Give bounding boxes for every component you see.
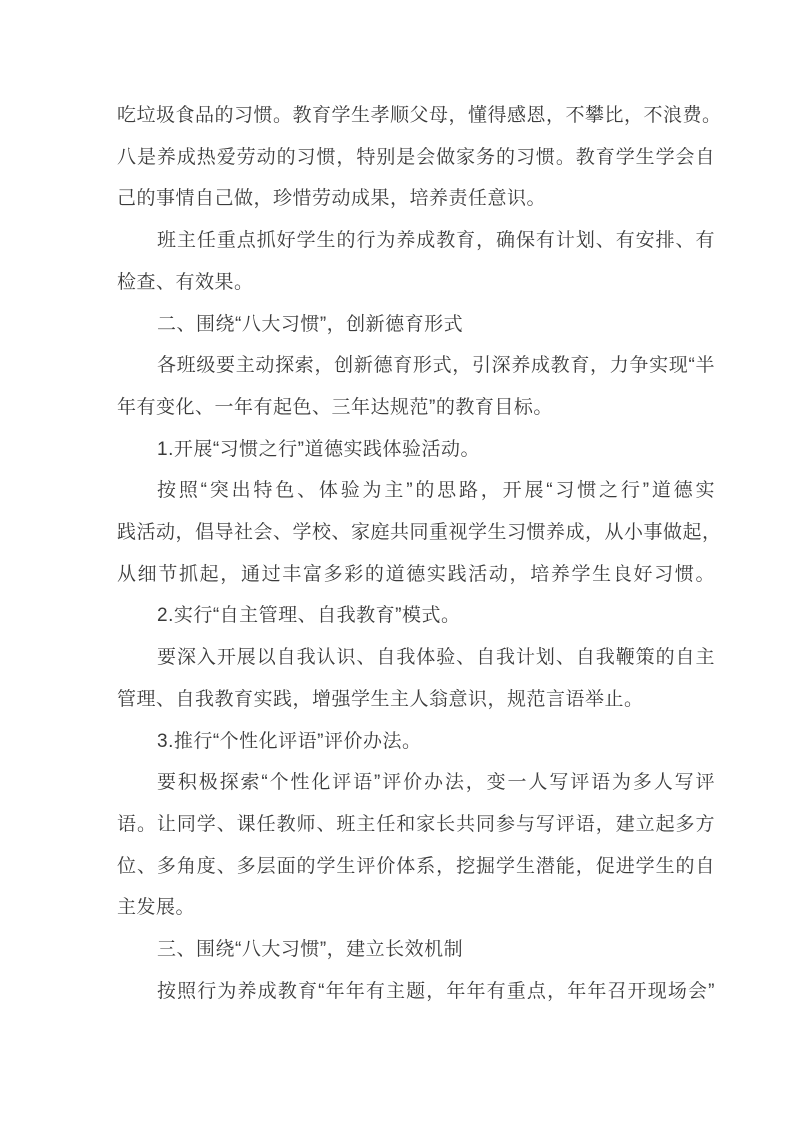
text-line: 检查、有效果。: [117, 262, 715, 304]
text-line: 八是养成热爱劳动的习惯，特别是会做家务的习惯。教育学生学会自: [117, 137, 715, 179]
text-line: 要深入开展以自我认识、自我体验、自我计划、自我鞭策的自主: [117, 637, 715, 679]
text-line: 语。让同学、课任教师、班主任和家长共同参与写评语，建立起多方: [117, 804, 715, 846]
document-text-column: 吃垃圾食品的习惯。教育学生孝顺父母，懂得感恩，不攀比，不浪费。八是养成热爱劳动的…: [117, 95, 715, 1012]
text-line: 2.实行“自主管理、自我教育”模式。: [117, 595, 715, 637]
text-line: 管理、自我教育实践，增强学生主人翁意识，规范言语举止。: [117, 679, 715, 721]
text-line: 位、多角度、多层面的学生评价体系，挖掘学生潜能，促进学生的自: [117, 846, 715, 888]
text-line: 践活动，倡导社会、学校、家庭共同重视学生习惯养成，从小事做起，: [117, 512, 715, 554]
text-line: 从细节抓起，通过丰富多彩的道德实践活动，培养学生良好习惯。: [117, 554, 715, 596]
text-line: 三、围绕“八大习惯”，建立长效机制: [117, 929, 715, 971]
text-line: 要积极探索“个性化评语”评价办法，变一人写评语为多人写评: [117, 762, 715, 804]
text-line: 班主任重点抓好学生的行为养成教育，确保有计划、有安排、有: [117, 220, 715, 262]
text-line: 按照“突出特色、体验为主”的思路，开展“习惯之行”道德实: [117, 470, 715, 512]
text-line: 主发展。: [117, 887, 715, 929]
text-line: 吃垃圾食品的习惯。教育学生孝顺父母，懂得感恩，不攀比，不浪费。: [117, 95, 715, 137]
text-line: 各班级要主动探索，创新德育形式，引深养成教育，力争实现“半: [117, 345, 715, 387]
text-line: 年有变化、一年有起色、三年达规范”的教育目标。: [117, 387, 715, 429]
text-line: 按照行为养成教育“年年有主题，年年有重点，年年召开现场会”: [117, 971, 715, 1013]
text-line: 二、围绕“八大习惯”，创新德育形式: [117, 304, 715, 346]
document-page: 吃垃圾食品的习惯。教育学生孝顺父母，懂得感恩，不攀比，不浪费。八是养成热爱劳动的…: [0, 0, 793, 1122]
text-line: 己的事情自己做，珍惜劳动成果，培养责任意识。: [117, 178, 715, 220]
text-line: 1.开展“习惯之行”道德实践体验活动。: [117, 429, 715, 471]
text-line: 3.推行“个性化评语”评价办法。: [117, 721, 715, 763]
